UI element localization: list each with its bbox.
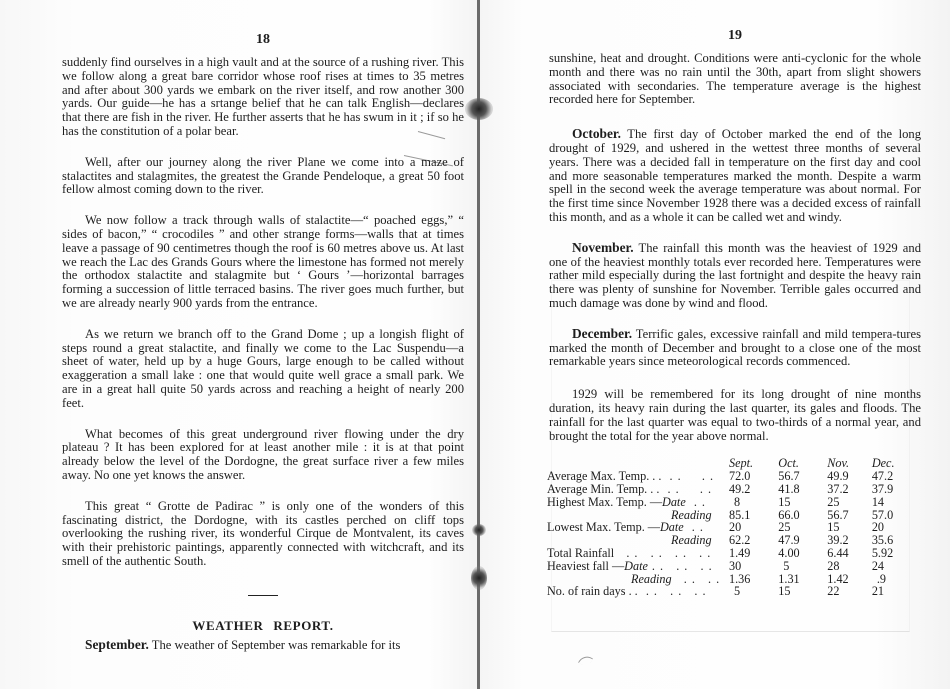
table-cell: 5 — [778, 560, 827, 573]
month-label: November. — [572, 240, 634, 255]
table-cell: 6.44 — [827, 547, 872, 560]
table-cell: 4.00 — [778, 547, 827, 560]
row-label-cell: No. of rain days . . . . . . . . — [547, 585, 729, 598]
paragraph: This great “ Grotte de Padirac ” is only… — [62, 500, 464, 569]
pencil-curl — [578, 653, 593, 668]
paragraph: sunshine, heat and drought. Conditions w… — [549, 52, 921, 107]
leader-dots: . . . . . . — [638, 584, 707, 598]
paragraph: We now follow a track through walls of s… — [62, 214, 464, 311]
table-cell: 39.2 — [827, 534, 872, 547]
table-cell: 25 — [827, 496, 872, 509]
left-page: 18 suddenly find ourselves in a high vau… — [62, 0, 464, 653]
table-cell: 49.2 — [729, 483, 778, 496]
table-cell: 41.8 — [778, 483, 827, 496]
section-divider — [248, 595, 278, 596]
paragraph: What becomes of this great underground r… — [62, 428, 464, 483]
row-label: Highest Max. Temp. — — [547, 495, 662, 509]
summary-paragraph: 1929 will be remembered for its long dro… — [549, 388, 921, 443]
row-sublabel: Date — [662, 495, 686, 509]
table-cell: 15 — [778, 496, 827, 509]
table-cell: 62.2 — [729, 534, 778, 547]
table-cell: 21 — [872, 585, 921, 598]
table-cell: 35.6 — [872, 534, 921, 547]
spine-blot — [471, 566, 487, 590]
book-spread: 18 suddenly find ourselves in a high vau… — [0, 0, 950, 689]
table-row: Highest Max. Temp. —Date . .8152514 — [547, 496, 921, 509]
month-paragraph: October. The first day of October marked… — [549, 127, 921, 225]
table-cell: 72.0 — [729, 470, 778, 483]
table-cell: 47.2 — [872, 470, 921, 483]
month-label: December. — [572, 326, 632, 341]
month-text: The weather of September was remarkable … — [149, 638, 401, 652]
row-label-cell: Highest Max. Temp. —Date . . — [547, 496, 729, 509]
row-label: No. of rain days . . — [547, 584, 638, 598]
table-row: Heaviest fall —Date . . . . . .3052824 — [547, 560, 921, 573]
section-heading: WEATHER REPORT. — [62, 618, 464, 634]
table-cell: 5.92 — [872, 547, 921, 560]
spine-blot — [472, 524, 486, 536]
table-cell: 30 — [729, 560, 778, 573]
month-label: October. — [572, 126, 621, 141]
september-paragraph: September. The weather of September was … — [62, 638, 464, 653]
table-cell: 37.2 — [827, 483, 872, 496]
table-cell: 15 — [778, 585, 827, 598]
table-cell: 47.9 — [778, 534, 827, 547]
spine-blot — [465, 98, 493, 120]
table-cell: 8 — [729, 496, 778, 509]
table-cell: 24 — [872, 560, 921, 573]
page-number: 18 — [62, 32, 464, 48]
right-page: 19 sunshine, heat and drought. Condition… — [549, 0, 921, 598]
paragraph: As we return we branch off to the Grand … — [62, 328, 464, 411]
table-cell: 14 — [872, 496, 921, 509]
paragraph: suddenly find ourselves in a high vault … — [62, 56, 464, 139]
table-cell: 49.9 — [827, 470, 872, 483]
weather-table: Sept. Oct. Nov. Dec. Average Max. Temp. … — [547, 457, 921, 598]
table-cell: 56.7 — [778, 470, 827, 483]
table-row: No. of rain days . . . . . . . .5152221 — [547, 585, 921, 598]
month-paragraph: December. Terrific gales, excessive rain… — [549, 327, 921, 369]
table-cell: 28 — [827, 560, 872, 573]
month-text: The first day of October marked the end … — [549, 127, 921, 224]
row-label: Heaviest fall — — [547, 559, 624, 573]
row-sublabel: Date — [624, 559, 648, 573]
table-cell: 22 — [827, 585, 872, 598]
month-label: September. — [85, 637, 149, 652]
leader-dots: . . — [686, 495, 706, 509]
table-cell: 37.9 — [872, 483, 921, 496]
month-paragraph: November. The rainfall this month was th… — [549, 241, 921, 311]
table-cell: 1.49 — [729, 547, 778, 560]
table-cell: 5 — [729, 585, 778, 598]
page-number: 19 — [549, 28, 921, 44]
row-label: Lowest Max. Temp. — — [547, 520, 660, 534]
paragraph: Well, after our journey along the river … — [62, 156, 464, 197]
